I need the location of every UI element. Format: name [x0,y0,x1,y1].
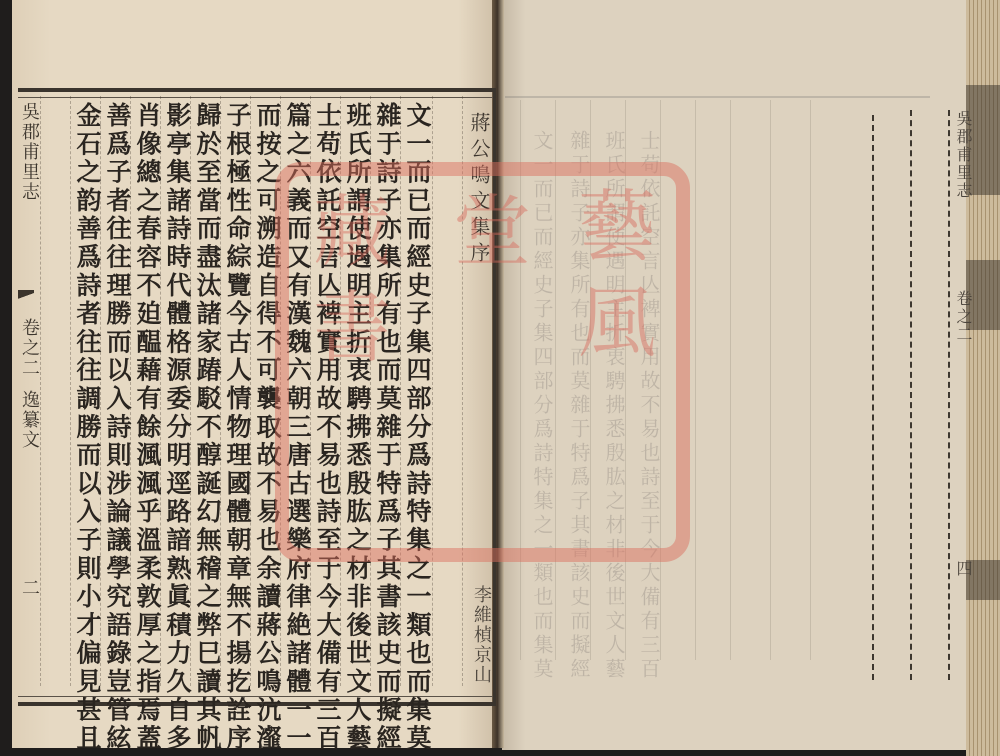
preface-title: 蔣公鳴文集序 [465,112,493,268]
text-column-10: 肖像總之春容不廹醖藉有餘渢渢乎溫柔敦厚之指焉蓋 [133,102,161,753]
right-page-number: 四 [952,560,975,578]
text-column-11: 善爲子者往往理勝而以入詩則涉論議學究語錄豈管絃 [103,102,131,753]
text-column-6: 而按之可溯造自得不可襲取故不易也余讀蔣公鳴沆瀣 [253,102,281,753]
right-page-volume: 卷之二 [952,290,975,344]
text-column-4: 士苟依託空言亾裨實用故不易也詩至于今大備有三百 [313,102,341,753]
preface-author: 李維楨京山 [467,585,495,685]
ghost-rule [695,100,696,660]
show-through-text: 士苟依託空言亾裨實用故不易也詩至于今大備有三百 [635,130,664,682]
text-column-8: 歸於至當而盡汰諸家踳駁不醇誕幻無稽之弊巳讀其帆 [193,102,221,753]
fishtail-mark [18,290,34,306]
ghost-frame [505,96,930,98]
show-through-text: 文一而已而經史子集四部分爲詩特集之一類也而集莫 [528,130,557,682]
ghost-rule [810,100,811,660]
right-page-book-title: 吳郡甫里志 [952,110,975,200]
text-column-9: 影亭集諸詩時代體格源委分明逕路諳熟眞積力久自多 [163,102,191,753]
right-page-rule [910,110,912,680]
text-column-2: 雜于詩子亦集所有也而莫雜于特爲子其書該史而擬經 [373,102,401,753]
text-column-3: 班氏所謂使遇明主折衷騁拂悉殷肱之材非後世文人藝 [343,102,371,753]
text-column-5: 篇之六義而又有漢魏六朝三唐古選樂府律絶諸體一一 [283,102,311,753]
column-rule [432,96,433,686]
frame-rule [18,97,496,98]
right-page-rule [948,110,950,680]
text-column-7: 子根極性命綜覽今古人情物理國體朝章無不揚扢詮序 [223,102,251,753]
column-rule [40,96,41,686]
ghost-rule [770,100,771,660]
section-label: 逸纂文 [16,390,42,450]
text-column-12: 金石之韵善爲詩者往往調勝而以入子則小才偏見甚且 [73,102,101,753]
ghost-rule [730,100,731,660]
page-number-label: 二 [16,578,42,598]
right-page-rule [872,115,874,680]
show-through-text: 雜于詩子亦集所有也而莫雜于特爲子其書該史而擬經 [565,130,594,682]
book-spread: 文一而已而經史子集四部分爲詩特集之一類也而集莫 雜于詩子亦集所有也而莫雜于特爲子… [0,0,1000,756]
show-through-text: 班氏所謂使遇明主折衷騁拂悉殷肱之材非後世文人藝 [600,130,629,682]
column-rule [70,96,71,686]
text-column-1: 文一而已而經史子集四部分爲詩特集之一類也而集莫 [403,102,431,753]
ghost-rule [520,100,521,660]
book-title-label: 吳郡甫里志 [16,102,42,202]
volume-label: 卷之二 [16,318,42,378]
column-rule [462,96,463,686]
